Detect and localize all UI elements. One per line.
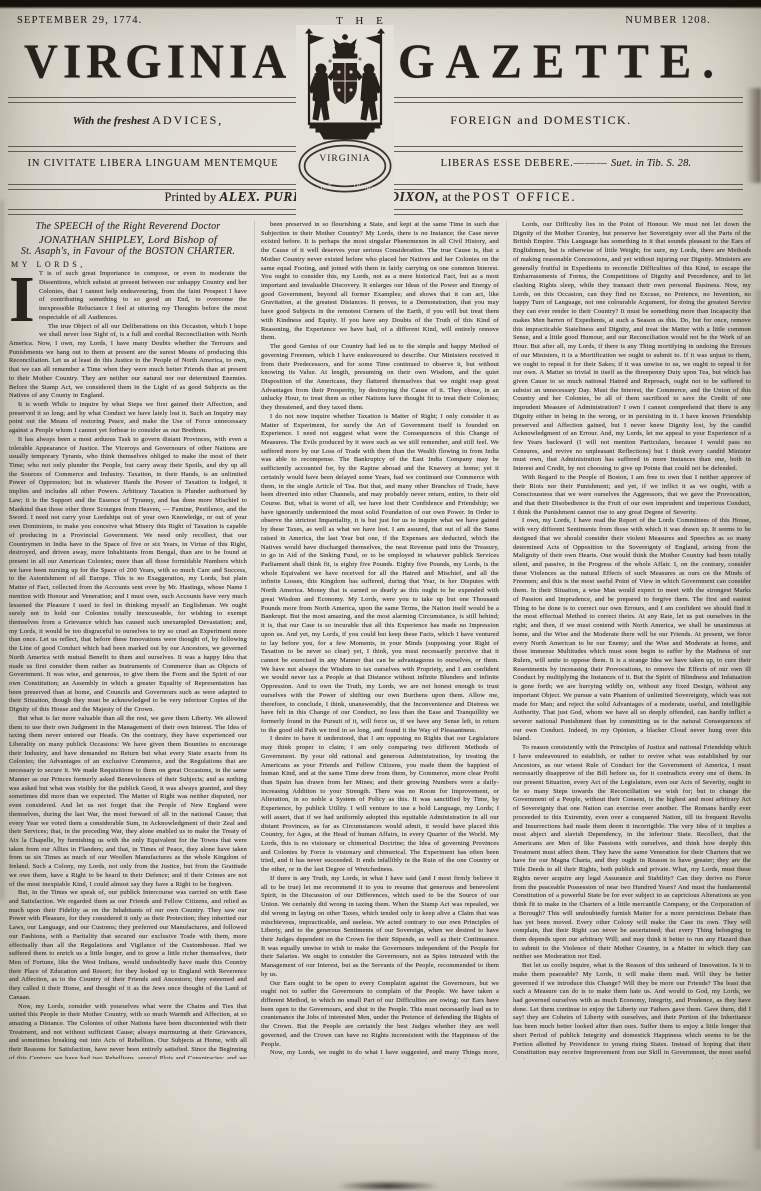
column-left: The SPEECH of the Right Reverend Doctor … (9, 221, 247, 1059)
article-paragraph: IT is of such great Importance to compos… (9, 270, 247, 322)
motto-source: Suet. in Tib. S. 28. (611, 158, 691, 169)
article-paragraph: I do not now inquire whether Taxation is… (261, 413, 499, 736)
article-paragraph: Lords, our Difficulty lies in the Point … (513, 221, 751, 474)
article-paragraph: The good Genius of our Country had led u… (261, 343, 499, 413)
imprint-location: POST OFFICE. (473, 190, 577, 204)
royal-arms-crest-icon: VIRGINIA EN DAT QUARTAM (296, 25, 394, 217)
article-paragraph: If there is any Truth, my Lords, in what… (261, 875, 499, 980)
foreign-domestick-text: FOREIGN and DOMESTICK. (396, 113, 686, 128)
article-paragraph: It is worth While to inquire by what Ste… (9, 401, 247, 436)
article-paragraph: But, in the Times we speak of, our publi… (9, 889, 247, 1002)
article-paragraph: I desire to have it understood, that I a… (261, 735, 499, 875)
motto-latin: LIBERAS ESSE DEBERE.——— (441, 158, 608, 169)
scan-smudge (751, 900, 761, 1150)
article-columns: The SPEECH of the Right Reverend Doctor … (9, 221, 751, 1059)
masthead-title-right: GAZETTE. (398, 32, 725, 92)
imprint-prefix: Printed by (165, 190, 217, 204)
article-heading-line2: JONATHAN SHIPLEY, Lord Bishop of (9, 234, 247, 247)
newspaper-page: SEPTEMBER 29, 1774. T H E NUMBER 1208. V… (0, 0, 761, 1191)
article-paragraph: It has always been a most arduous Task t… (9, 436, 247, 715)
article-paragraph: The true Object of all our Deliberations… (9, 323, 247, 401)
imprint-middle: at the (442, 190, 469, 204)
crest-banner-text: VIRGINIA (319, 154, 370, 164)
article-heading: The SPEECH of the Right Reverend Doctor … (9, 221, 247, 259)
article-paragraph: But what is far more valuable than all t… (9, 715, 247, 889)
issue-number: NUMBER 1208. (625, 15, 711, 26)
article-paragraph: To reason consistently with the Principl… (513, 744, 751, 962)
drop-cap-letter: I (9, 272, 35, 332)
scan-edge-top (0, 0, 761, 9)
scan-smudge (752, 290, 761, 410)
motto-right-text: LIBERAS ESSE DEBERE.——— Suet. in Tib. S.… (396, 158, 736, 169)
scan-smudge (0, 200, 6, 900)
motto-left-text: IN CIVITATE LIBERA LINGUAM MENTEMQUE (10, 158, 296, 169)
masthead-title-left: VIRGINIA (24, 32, 291, 92)
article-paragraph: Our Ears ought to be open to every Compl… (261, 980, 499, 1050)
advices-caps-text: ADVICES, (152, 113, 223, 127)
article-paragraph: Now, my Lords, we ought to do what I hav… (261, 1049, 499, 1059)
article-paragraph: With Regard to the People of Boston, I a… (513, 474, 751, 518)
advices-left: With the freshest ADVICES, (0, 113, 296, 128)
article-paragraph: But let us coolly inquire, what is the R… (513, 962, 751, 1059)
column-right: Lords, our Difficulty lies in the Point … (506, 221, 751, 1059)
advices-script-text: With the freshest (73, 115, 150, 127)
article-paragraph: Now, my Lords, consider with yourselves … (9, 1003, 247, 1059)
issue-date: SEPTEMBER 29, 1774. (17, 15, 142, 26)
article-paragraph: I own, my Lords, I have read the Report … (513, 517, 751, 744)
column-middle: been preserved in so flourishing a State… (254, 221, 499, 1059)
article-heading-line3: St. Asaph's, in Favour of the BOSTON CHA… (9, 246, 247, 259)
salutation: MY LORDS, (11, 261, 247, 270)
scan-smudge (561, 1177, 751, 1191)
article-paragraph: been preserved in so flourishing a State… (261, 221, 499, 343)
article-heading-line1: The SPEECH of the Right Reverend Doctor (9, 221, 247, 234)
scan-smudge (338, 1181, 438, 1191)
